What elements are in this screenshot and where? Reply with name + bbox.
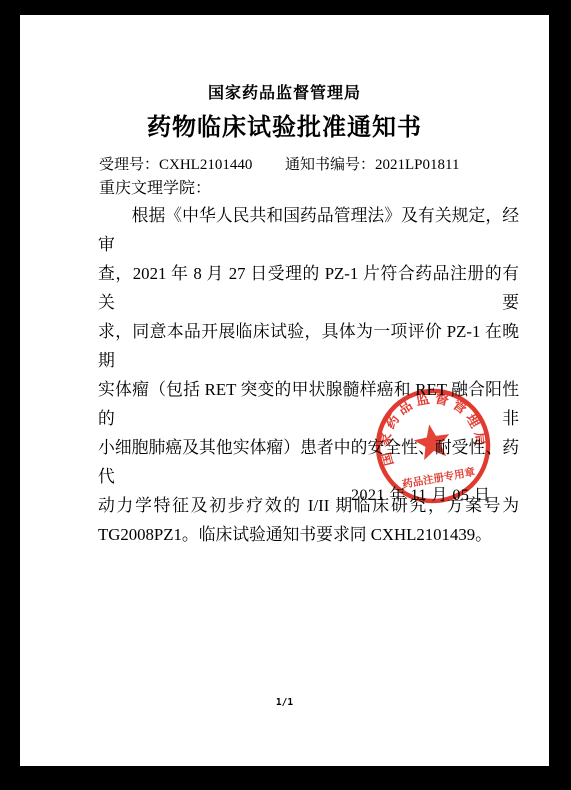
body-line: TG2008PZ1。临床试验通知书要求同 CXHL2101439。 [98, 520, 519, 549]
meta-row: 受理号：CXHL2101440 通知书编号：2021LP01811 [99, 156, 517, 174]
acceptance-number: 受理号：CXHL2101440 [99, 156, 285, 174]
notice-number: 通知书编号：2021LP01811 [285, 156, 459, 174]
seal-ring-text: 国家药品监督管理局 [373, 386, 490, 468]
body-line: 查，2021 年 8 月 27 日受理的 PZ-1 片符合药品注册的有关要 [98, 259, 519, 317]
body-line: 根据《中华人民共和国药品管理法》及有关规定，经审 [98, 201, 519, 259]
document-page: 国家药品监督管理局 药物临床试验批准通知书 受理号：CXHL2101440 通知… [20, 15, 549, 766]
seal-bottom-text: 药品注册专用章 [401, 465, 476, 491]
document-title: 药物临床试验批准通知书 [20, 114, 549, 143]
page-number: 1/1 [20, 697, 549, 708]
svg-text:国家药品监督管理局: 国家药品监督管理局 [373, 386, 490, 468]
black-frame: 国家药品监督管理局 药物临床试验批准通知书 受理号：CXHL2101440 通知… [0, 0, 571, 790]
issuing-org-name: 国家药品监督管理局 [20, 15, 549, 102]
official-seal: 国家药品监督管理局 药品注册专用章 [373, 386, 493, 506]
star-icon [411, 421, 453, 461]
recipient-name: 重庆文理学院： [99, 180, 517, 198]
body-line: 求，同意本品开展临床试验，具体为一项评价 PZ-1 在晚期 [98, 317, 519, 375]
